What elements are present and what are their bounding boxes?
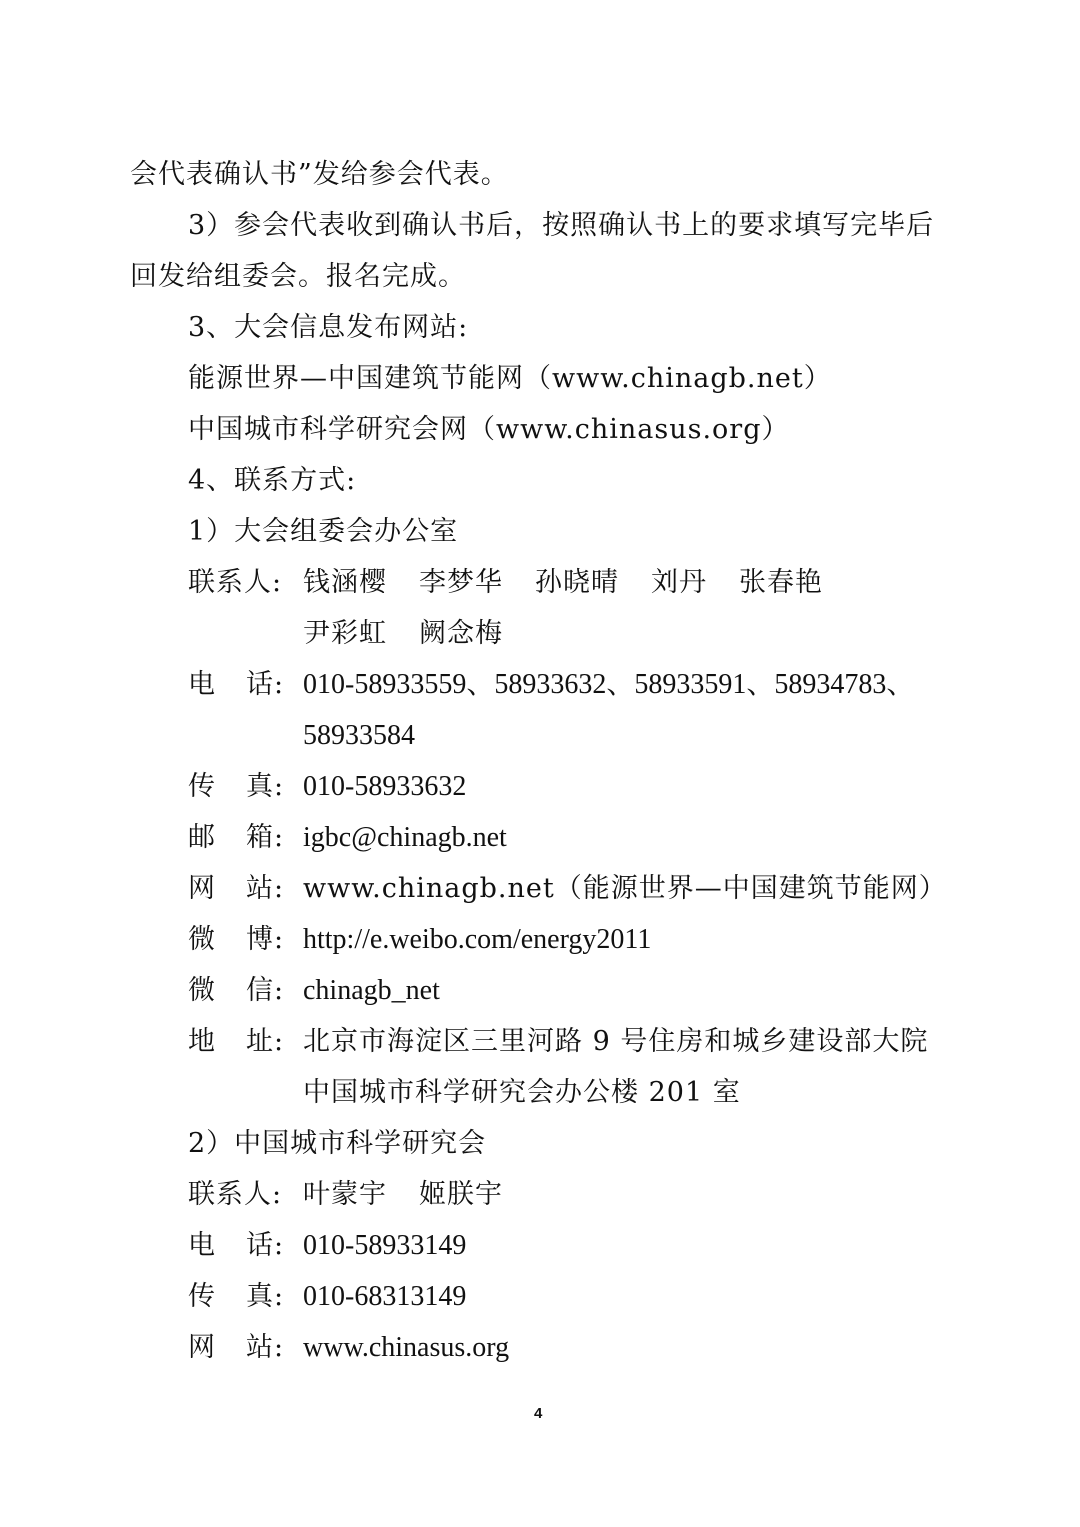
info-site-chinasus: 中国城市科学研究会网（www.chinasus.org） [188,413,789,447]
office1-contacts-row: 联系人: 钱涵樱李梦华孙晓晴刘丹张春艳 [0,566,1080,600]
label-char: 真: [246,1280,284,1314]
phone-value: 010-58933559、58933632、58933591、58934783、 [303,668,914,702]
contact-name: 尹彩虹 [303,617,387,651]
office1-address-row2: 中国城市科学研究会办公楼 201 室 [0,1076,1080,1110]
section4-heading: 4、联系方式: [188,464,356,498]
office1-email-row: 邮箱: igbc@chinagb.net [0,821,1080,855]
label-char: 话: [246,668,284,702]
office2-website-row: 网站: www.chinasus.org [0,1331,1080,1365]
contacts-names: 叶蒙宇姬朕宇 [303,1178,535,1212]
step3-line2: 回发给组委会。报名完成。 [130,260,466,294]
office1-phone-row: 电话: 010-58933559、58933632、58933591、58934… [0,668,1080,702]
office1-fax-row: 传真: 010-58933632 [0,770,1080,804]
fax-value: 010-68313149 [303,1280,466,1314]
intro-line: 会代表确认书”发给参会代表。 [130,158,509,192]
phone-value-2: 58933584 [303,719,415,753]
info-site-chinagb: 能源世界—中国建筑节能网（www.chinagb.net） [188,362,832,396]
contact-name: 孙晓晴 [535,566,619,600]
office2-fax-row: 传真: 010-68313149 [0,1280,1080,1314]
label-char: 传 [188,1280,216,1314]
contact-name: 姬朕宇 [419,1178,503,1212]
label-char: 传 [188,770,216,804]
address-value-2: 中国城市科学研究会办公楼 201 室 [303,1076,741,1110]
wechat-value: chinagb_net [303,974,440,1008]
label-char: 电 [188,1229,216,1263]
address-value: 北京市海淀区三里河路 9 号住房和城乡建设部大院 [303,1025,928,1059]
contact-name: 叶蒙宇 [303,1178,387,1212]
website-value: www.chinasus.org [303,1331,509,1365]
contact-name: 张春艳 [739,566,823,600]
contacts-label: 联系人: [188,1178,303,1212]
contact-name: 李梦华 [419,566,503,600]
office1-title: 1）大会组委会办公室 [188,515,458,549]
contact-name: 阙念梅 [419,617,503,651]
label-char: 址: [246,1025,284,1059]
weibo-value: http://e.weibo.com/energy2011 [303,923,651,957]
office1-phone-row2: 58933584 [0,719,1080,753]
label-char: 站: [246,872,284,906]
page-number: 4 [534,1405,542,1422]
section3-heading: 3、大会信息发布网站: [188,311,468,345]
office1-website-row: 网站: www.chinagb.net（能源世界—中国建筑节能网） [0,872,1080,906]
office1-contacts-row2: 尹彩虹阙念梅 [0,617,1080,651]
label-char: 微 [188,974,216,1008]
label-char: 真: [246,770,284,804]
contact-name: 钱涵樱 [303,566,387,600]
phone-value: 010-58933149 [303,1229,466,1263]
contact-name: 刘丹 [651,566,707,600]
step3-line1: 3）参会代表收到确认书后，按照确认书上的要求填写完毕后 [188,209,934,243]
contacts-names-2: 尹彩虹阙念梅 [303,617,535,651]
label-char: 微 [188,923,216,957]
office1-weibo-row: 微博: http://e.weibo.com/energy2011 [0,923,1080,957]
label-char: 电 [188,668,216,702]
office2-phone-row: 电话: 010-58933149 [0,1229,1080,1263]
label-char: 地 [188,1025,216,1059]
office1-address-row: 地址: 北京市海淀区三里河路 9 号住房和城乡建设部大院 [0,1025,1080,1059]
contacts-label: 联系人: [188,566,303,600]
email-value: igbc@chinagb.net [303,821,507,855]
fax-value: 010-58933632 [303,770,466,804]
contacts-names: 钱涵樱李梦华孙晓晴刘丹张春艳 [303,566,855,600]
office1-wechat-row: 微信: chinagb_net [0,974,1080,1008]
label-char: 网 [188,872,216,906]
label-char: 博: [246,923,284,957]
label-char: 箱: [246,821,284,855]
label-char: 站: [246,1331,284,1365]
label-char: 话: [246,1229,284,1263]
website-value: www.chinagb.net（能源世界—中国建筑节能网） [303,872,947,906]
label-char: 信: [246,974,284,1008]
label-char: 网 [188,1331,216,1365]
office2-contacts-row: 联系人: 叶蒙宇姬朕宇 [0,1178,1080,1212]
office2-title: 2）中国城市科学研究会 [188,1127,486,1161]
label-char: 邮 [188,821,216,855]
